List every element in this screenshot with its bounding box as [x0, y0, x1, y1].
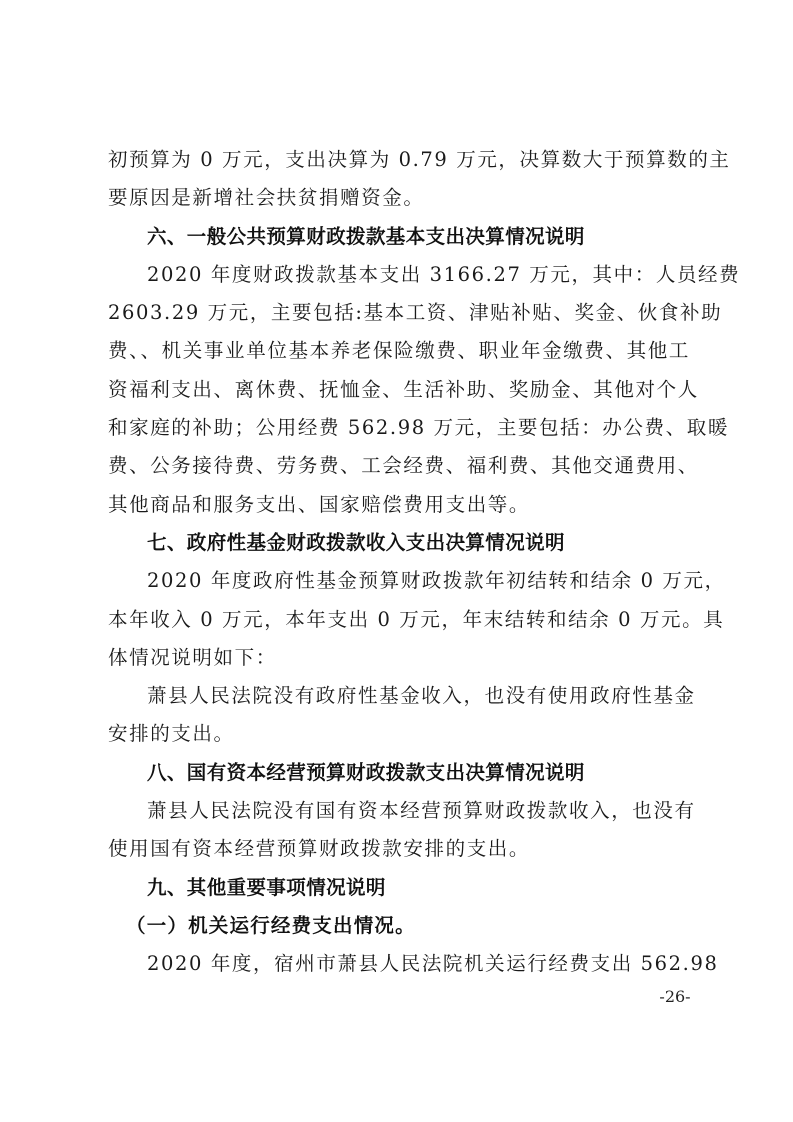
text-line: 2020 年度，宿州市萧县人民法院机关运行经费支出 562.98: [108, 945, 690, 983]
text-line: 初预算为 0 万元，支出决算为 0.79 万元，决算数大于预算数的主: [108, 141, 690, 179]
text-line: 2020 年度财政拨款基本支出 3166.27 万元，其中：人员经费: [108, 256, 690, 294]
paragraph-basic-expenditure: 2020 年度财政拨款基本支出 3166.27 万元，其中：人员经费 2603.…: [108, 256, 690, 524]
text-line: 费、公务接待费、劳务费、工会经费、福利费、其他交通费用、: [108, 447, 690, 485]
text-line: 其他商品和服务支出、国家赔偿费用支出等。: [108, 486, 690, 524]
text-line: 体情况说明如下：: [108, 639, 690, 677]
text-line: 2020 年度政府性基金预算财政拨款年初结转和结余 0 万元，: [108, 562, 690, 600]
text-line: 费、、机关事业单位基本养老保险缴费、职业年金缴费、其他工: [108, 332, 690, 370]
text-line: 萧县人民法院没有政府性基金收入，也没有使用政府性基金: [108, 677, 690, 715]
section-heading-8: 八、国有资本经营预算财政拨款支出决算情况说明: [108, 754, 690, 792]
text-line: 2603.29 万元，主要包括:基本工资、津贴补贴、奖金、伙食补助: [108, 294, 690, 332]
text-line: 要原因是新增社会扶贫捐赠资金。: [108, 179, 690, 217]
paragraph-operating-expenses: 2020 年度，宿州市萧县人民法院机关运行经费支出 562.98: [108, 945, 690, 983]
text-line: 安排的支出。: [108, 715, 690, 753]
paragraph-state-capital: 萧县人民法院没有国有资本经营预算财政拨款收入，也没有 使用国有资本经营预算财政拨…: [108, 792, 690, 869]
subsection-heading-1: （一）机关运行经费支出情况。: [108, 907, 690, 945]
section-heading-6: 六、一般公共预算财政拨款基本支出决算情况说明: [108, 218, 690, 256]
text-line: 资福利支出、离休费、抚恤金、生活补助、奖励金、其他对个人: [108, 371, 690, 409]
text-line: 本年收入 0 万元，本年支出 0 万元，年末结转和结余 0 万元。具: [108, 601, 690, 639]
paragraph-no-fund-income: 萧县人民法院没有政府性基金收入，也没有使用政府性基金 安排的支出。: [108, 677, 690, 754]
text-line: 和家庭的补助；公用经费 562.98 万元，主要包括：办公费、取暖: [108, 409, 690, 447]
section-heading-7: 七、政府性基金财政拨款收入支出决算情况说明: [108, 524, 690, 562]
section-heading-9: 九、其他重要事项情况说明: [108, 869, 690, 907]
document-page: 初预算为 0 万元，支出决算为 0.79 万元，决算数大于预算数的主 要原因是新…: [108, 141, 690, 984]
text-line: 使用国有资本经营预算财政拨款安排的支出。: [108, 830, 690, 868]
page-number: -26-: [650, 987, 700, 1006]
paragraph-budget-variance: 初预算为 0 万元，支出决算为 0.79 万元，决算数大于预算数的主 要原因是新…: [108, 141, 690, 218]
paragraph-government-fund: 2020 年度政府性基金预算财政拨款年初结转和结余 0 万元， 本年收入 0 万…: [108, 562, 690, 677]
text-line: 萧县人民法院没有国有资本经营预算财政拨款收入，也没有: [108, 792, 690, 830]
